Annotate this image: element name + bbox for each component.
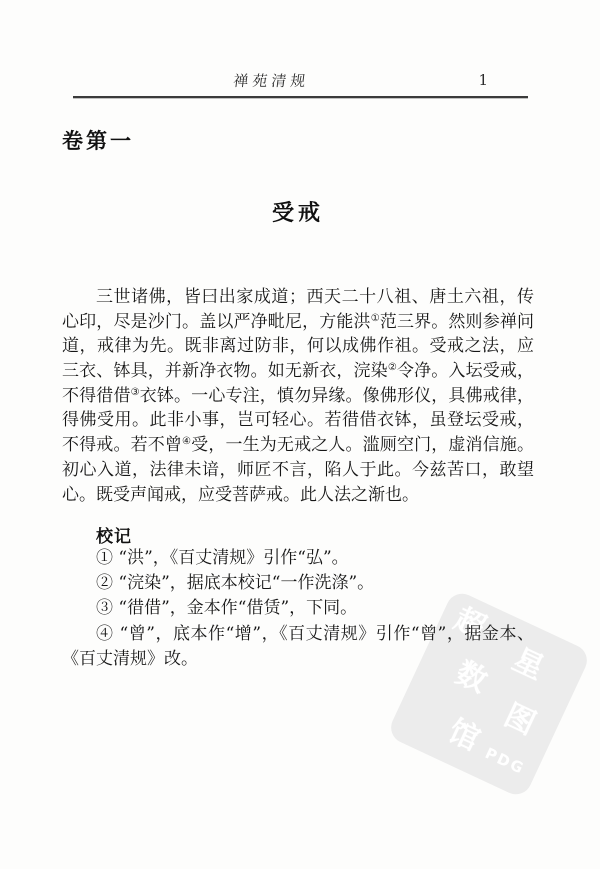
collation-note: ② “浣染”，据底本校记“一作洗涤”。 (62, 571, 534, 596)
body-line: 不得戒。若不曾④受，一生为无戒之人。滥厕空门，虚消信施。 (62, 433, 534, 458)
collation-note: ① “洪”，《百丈清规》引作“弘”。 (62, 546, 534, 571)
book-title-running-head: 禅苑清规 (43, 70, 501, 91)
collation-notes-heading: 校记 (62, 522, 132, 547)
body-text: 三世诸佛，皆曰出家成道；西天二十八祖、唐土六祖，传佛 心印，尽是沙门。盖以严净毗… (62, 285, 534, 507)
body-line: 三衣、钵具，并新净衣物。如无新衣，浣染②令净。入坛受戒， (62, 359, 534, 384)
body-line: 得佛受用。此非小事，岂可轻心。若徣借衣钵，虽登坛受戒，并 (62, 408, 534, 433)
scanned-book-page: 超 星 数 图 馆 PDG 禅苑清规 1 卷第一 受戒 三世诸佛，皆曰出家成道；… (0, 0, 600, 869)
section-title: 受戒 (62, 196, 534, 227)
page-number: 1 (478, 71, 488, 89)
body-line: 初心入道，法律未谙，师匠不言，陷人于此。今兹苦口，敢望铭 (62, 458, 534, 483)
collation-note: ③ “徣借”，金本作“借赁”，下同。 (62, 596, 534, 621)
watermark-pdg-label: PDG (482, 744, 527, 778)
body-line: 心。既受声闻戒，应受菩萨戒。此人法之渐也。 (62, 483, 534, 508)
body-line: 三世诸佛，皆曰出家成道；西天二十八祖、唐土六祖，传佛 (62, 285, 534, 310)
body-line: 道，戒律为先。既非离过防非，何以成佛作祖。受戒之法，应备 (62, 334, 534, 359)
collation-note-continuation: 《百丈清规》改。 (62, 647, 534, 672)
volume-heading: 卷第一 (62, 125, 134, 155)
header-rule (73, 96, 528, 98)
running-head: 禅苑清规 1 (73, 70, 528, 94)
watermark-seal-glyph: 图 (498, 691, 544, 744)
body-line: 不得徣借③衣钵。一心专注，慎勿异缘。像佛形仪，具佛戒律， (62, 384, 534, 409)
collation-notes: ① “洪”，《百丈清规》引作“弘”。 ② “浣染”，据底本校记“一作洗涤”。 ③… (62, 546, 534, 672)
collation-note: ④ “曾”，底本作“增”，《百丈清规》引作“曾”，据金本、 (62, 622, 534, 647)
body-line: 心印，尽是沙门。盖以严净毗尼，方能洪①范三界。然则参禅问 (62, 310, 534, 335)
watermark-seal-glyph: 馆 (443, 706, 489, 759)
